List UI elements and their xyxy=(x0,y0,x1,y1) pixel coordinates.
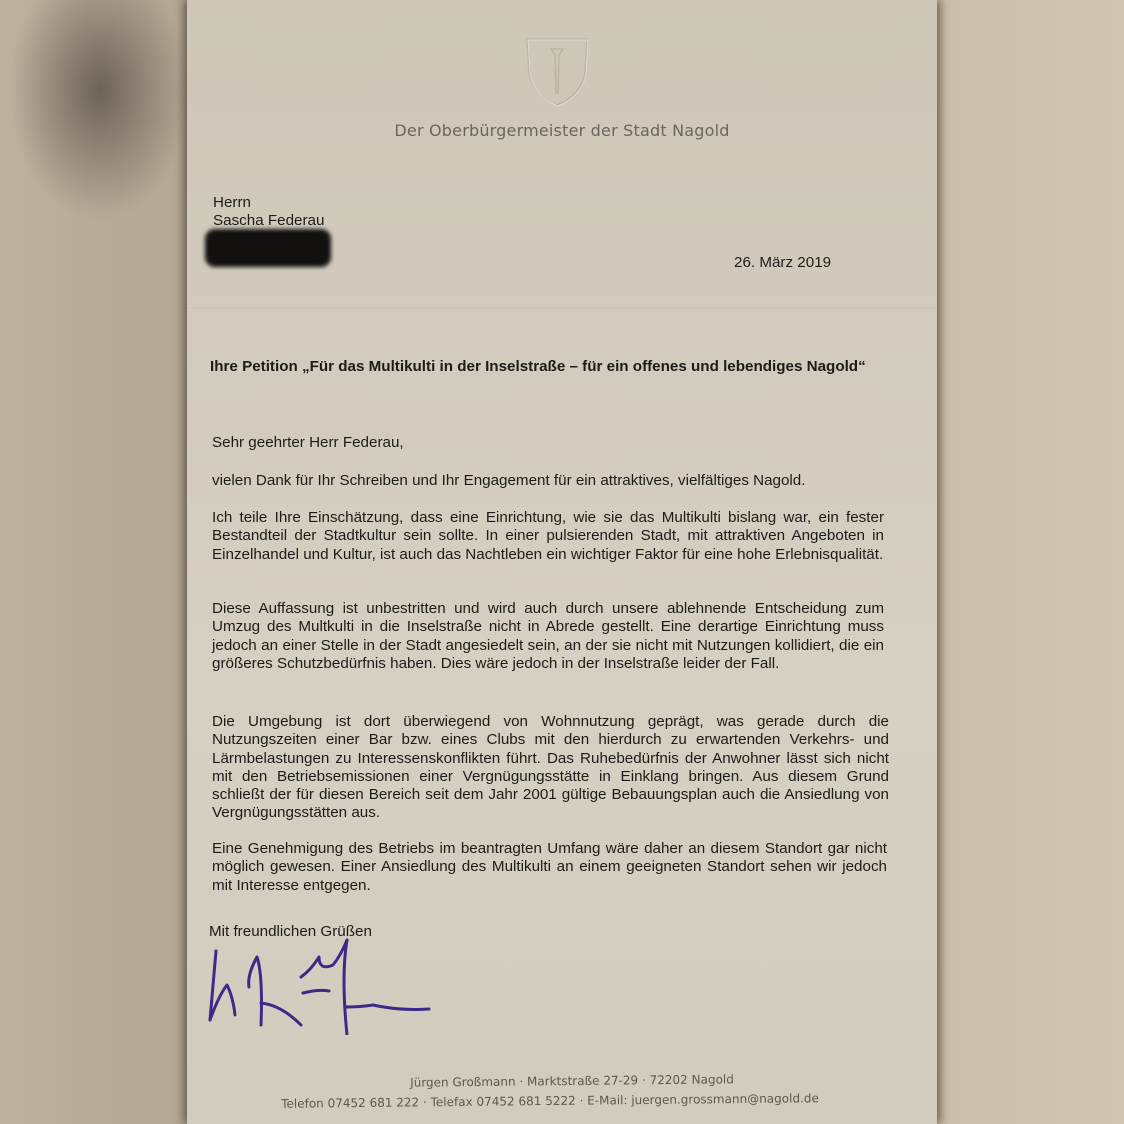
subject-line: Ihre Petition „Für das Multikulti in der… xyxy=(210,358,890,376)
paragraph-1: vielen Dank für Ihr Schreiben und Ihr En… xyxy=(212,472,884,490)
letter-date: 26. März 2019 xyxy=(734,254,831,272)
coat-of-arms-icon xyxy=(523,35,591,107)
recipient-block: Herrn Sascha Federau xyxy=(213,194,324,231)
paper-fold xyxy=(187,308,937,310)
footer-contact: Telefon 07452 681 222 · Telefax 07452 68… xyxy=(175,1090,925,1112)
background-left xyxy=(0,0,187,1124)
footer-address: Jürgen Großmann · Marktstraße 27-29 · 72… xyxy=(197,1070,947,1092)
background-right xyxy=(937,0,1124,1124)
paragraph-2: Ich teile Ihre Einschätzung, dass eine E… xyxy=(212,509,884,564)
paragraph-5: Eine Genehmigung des Betriebs im beantra… xyxy=(212,840,887,895)
letter-page: Der Oberbürgermeister der Stadt Nagold H… xyxy=(187,0,937,1124)
paragraph-3: Diese Auffassung ist unbestritten und wi… xyxy=(212,600,884,673)
redacted-address xyxy=(205,229,331,267)
paragraph-4: Die Umgebung ist dort überwiegend von Wo… xyxy=(212,713,889,823)
recipient-name: Sascha Federau xyxy=(213,212,324,230)
signature-icon xyxy=(201,935,441,1035)
recipient-salutation-line: Herrn xyxy=(213,194,324,212)
salutation: Sehr geehrter Herr Federau, xyxy=(212,434,404,452)
letterhead-title: Der Oberbürgermeister der Stadt Nagold xyxy=(187,121,937,140)
